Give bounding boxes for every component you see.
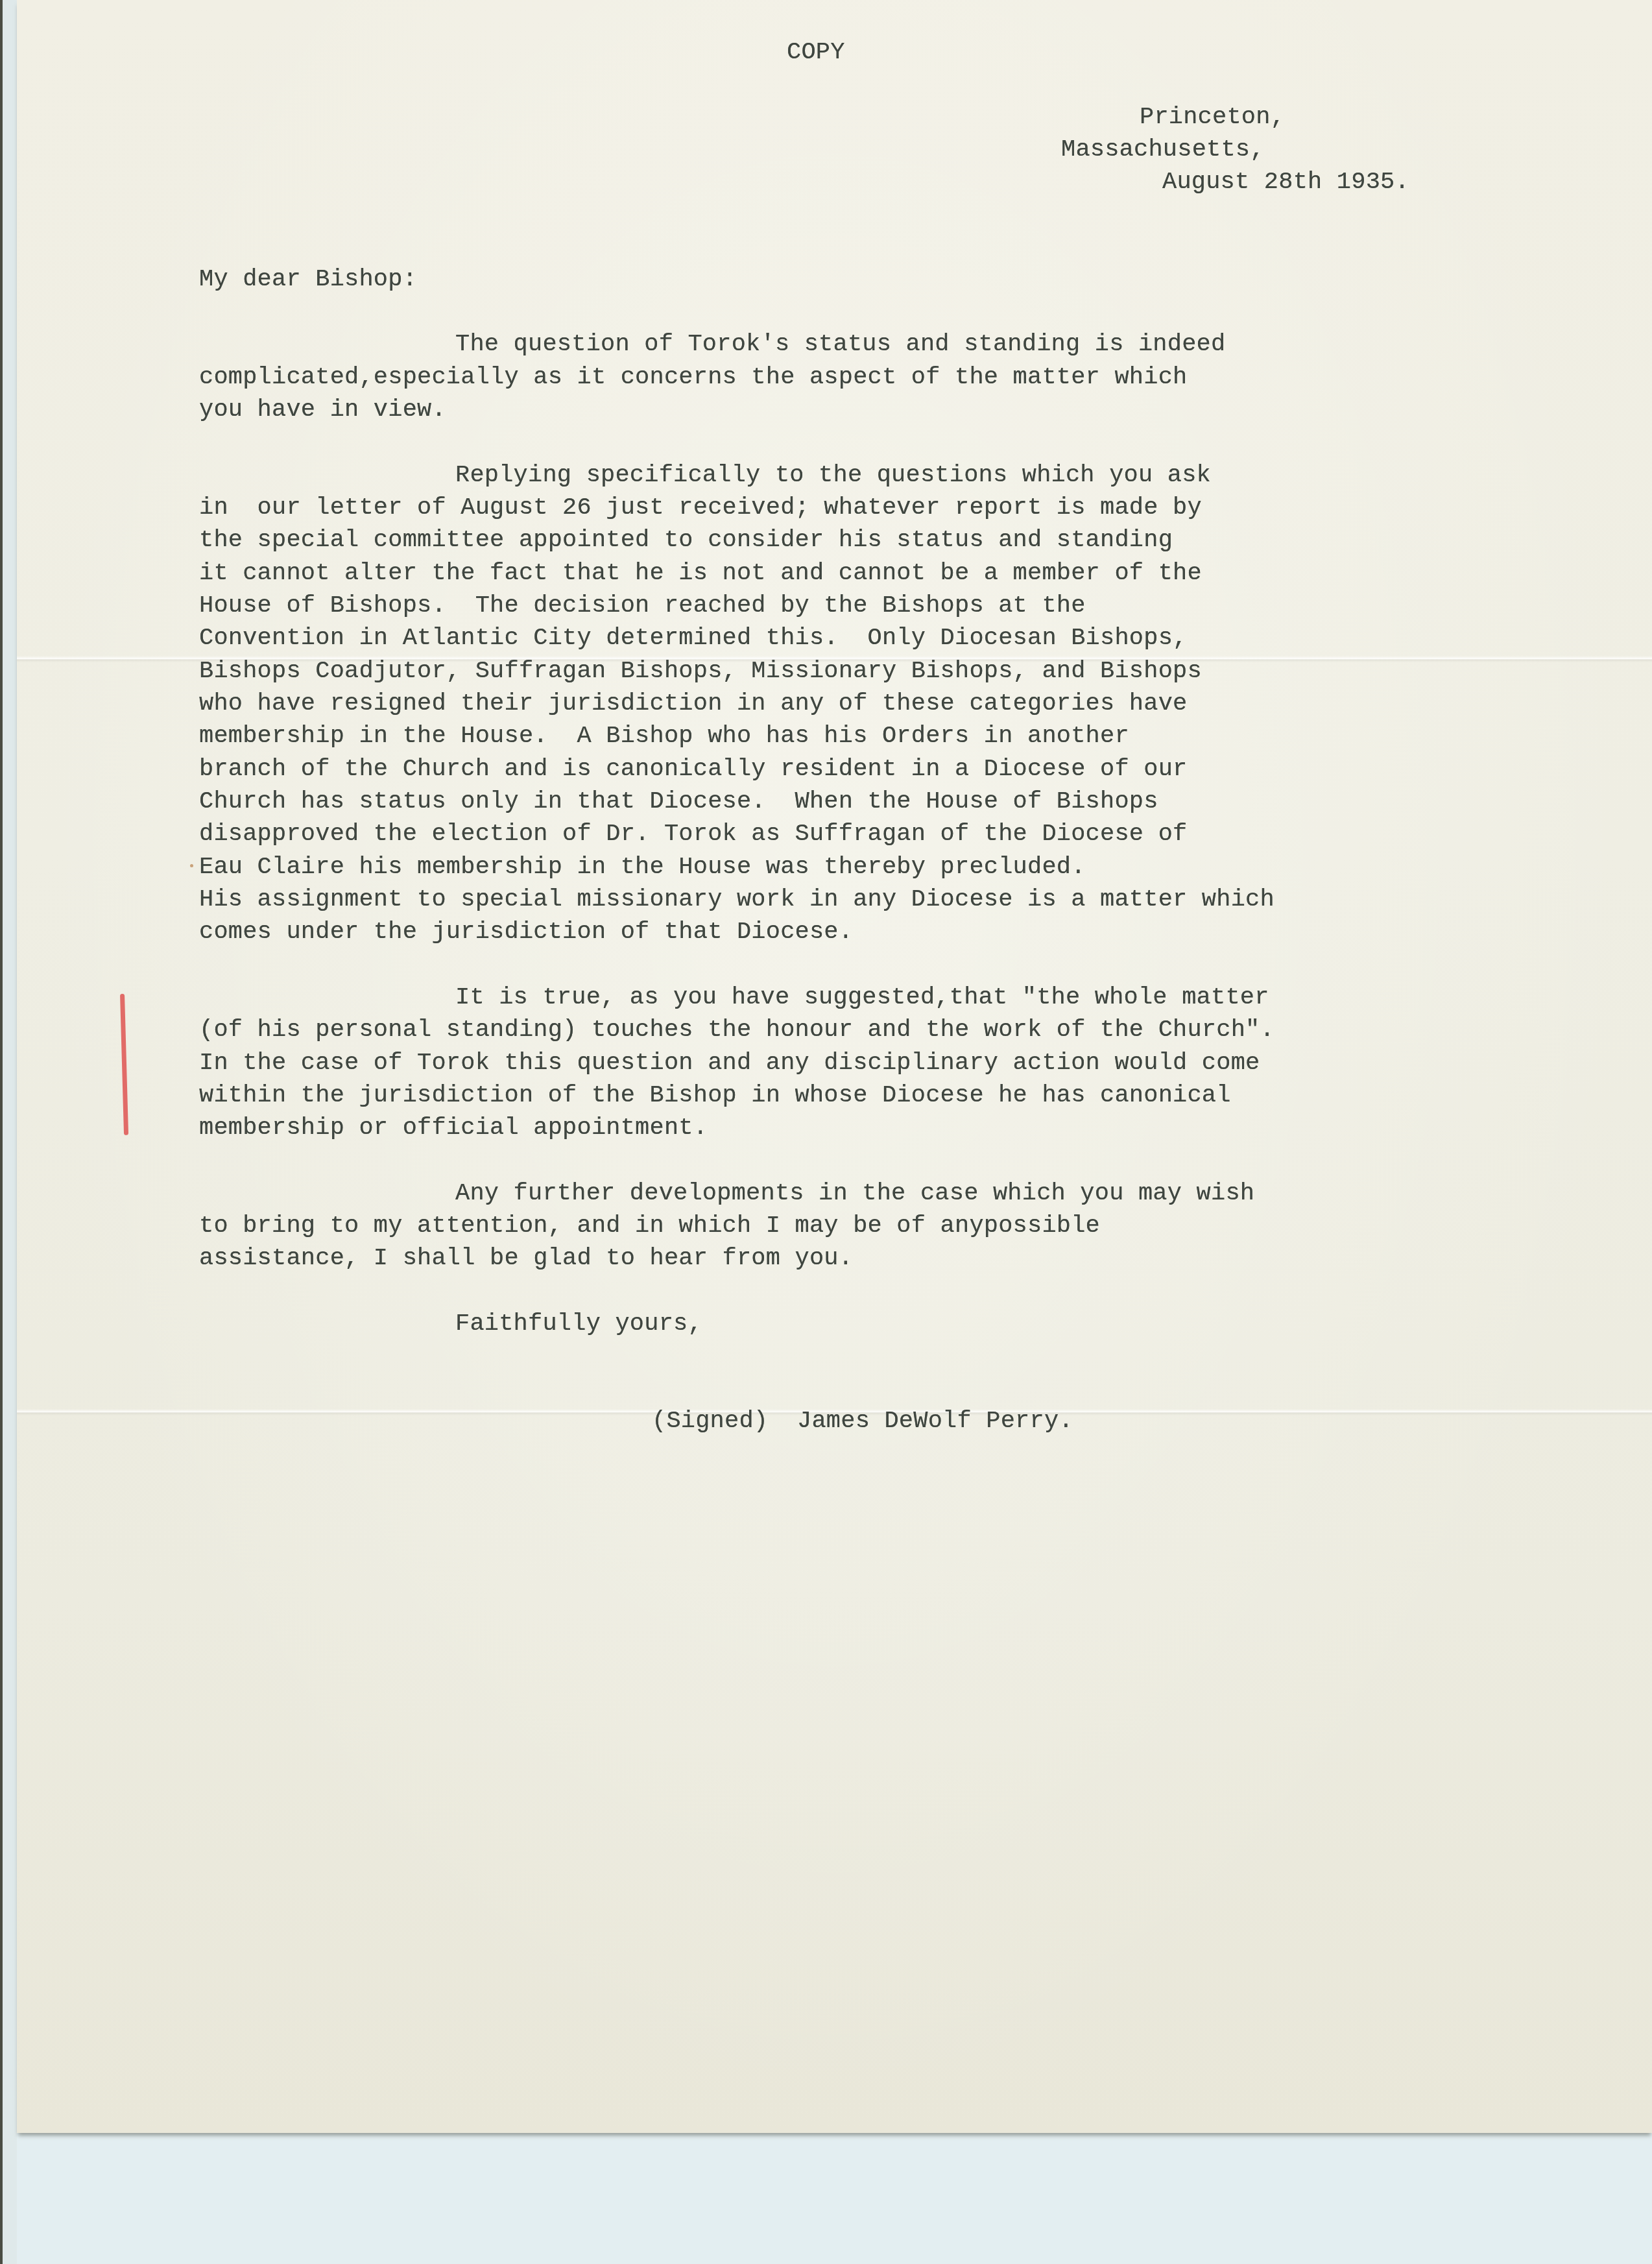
paragraph-line: branch of the Church and is canonically … <box>199 753 1187 786</box>
paragraph-line: (of his personal standing) touches the h… <box>199 1014 1275 1046</box>
paragraph-line: Replying specifically to the questions w… <box>455 459 1211 492</box>
paragraph-line: Eau Claire his membership in the House w… <box>199 851 1086 884</box>
address-city: Princeton, <box>1140 101 1285 134</box>
paragraph-line: disapproved the election of Dr. Torok as… <box>199 818 1187 850</box>
paragraph-line: comes under the jurisdiction of that Dio… <box>199 916 853 948</box>
paragraph-line: to bring to my attention, and in which I… <box>199 1210 1100 1242</box>
paragraph-line: His assignment to special missionary wor… <box>199 884 1275 916</box>
paragraph-line: complicated,especially as it concerns th… <box>199 361 1187 394</box>
paragraph-line: Church has status only in that Diocese. … <box>199 786 1158 818</box>
letter-date: August 28th 1935. <box>1162 166 1409 199</box>
paragraph-line: who have resigned their jurisdiction in … <box>199 688 1187 720</box>
paragraph-line: House of Bishops. The decision reached b… <box>199 590 1086 622</box>
paragraph-line: Convention in Atlantic City determined t… <box>199 622 1187 655</box>
paragraph-line: assistance, I shall be glad to hear from… <box>199 1242 853 1275</box>
paper-speck <box>190 864 193 867</box>
paragraph-line: within the jurisdiction of the Bishop in… <box>199 1079 1231 1112</box>
paragraph-line: Bishops Coadjutor, Suffragan Bishops, Mi… <box>199 655 1202 688</box>
paragraph-line: membership in the House. A Bishop who ha… <box>199 720 1129 753</box>
paragraph-line: membership or official appointment. <box>199 1112 708 1144</box>
paragraph-line: in our letter of August 26 just received… <box>199 492 1202 524</box>
salutation: My dear Bishop: <box>199 263 417 296</box>
paragraph-line: you have in view. <box>199 394 446 426</box>
address-state: Massachusetts, <box>1061 134 1265 166</box>
scanner-background-strip <box>3 0 17 2264</box>
signature: (Signed) James DeWolf Perry. <box>652 1405 1073 1438</box>
paragraph-line: the special committee appointed to consi… <box>199 524 1173 557</box>
paragraph-line: In the case of Torok this question and a… <box>199 1047 1260 1079</box>
paragraph-line: it cannot alter the fact that he is not … <box>199 557 1202 590</box>
paragraph-line: Any further developments in the case whi… <box>455 1177 1254 1210</box>
paragraph-line: It is true, as you have suggested,that "… <box>455 981 1269 1014</box>
copy-mark: COPY <box>787 36 845 69</box>
closing: Faithfully yours, <box>455 1308 702 1340</box>
paragraph-line: The question of Torok's status and stand… <box>455 328 1225 361</box>
